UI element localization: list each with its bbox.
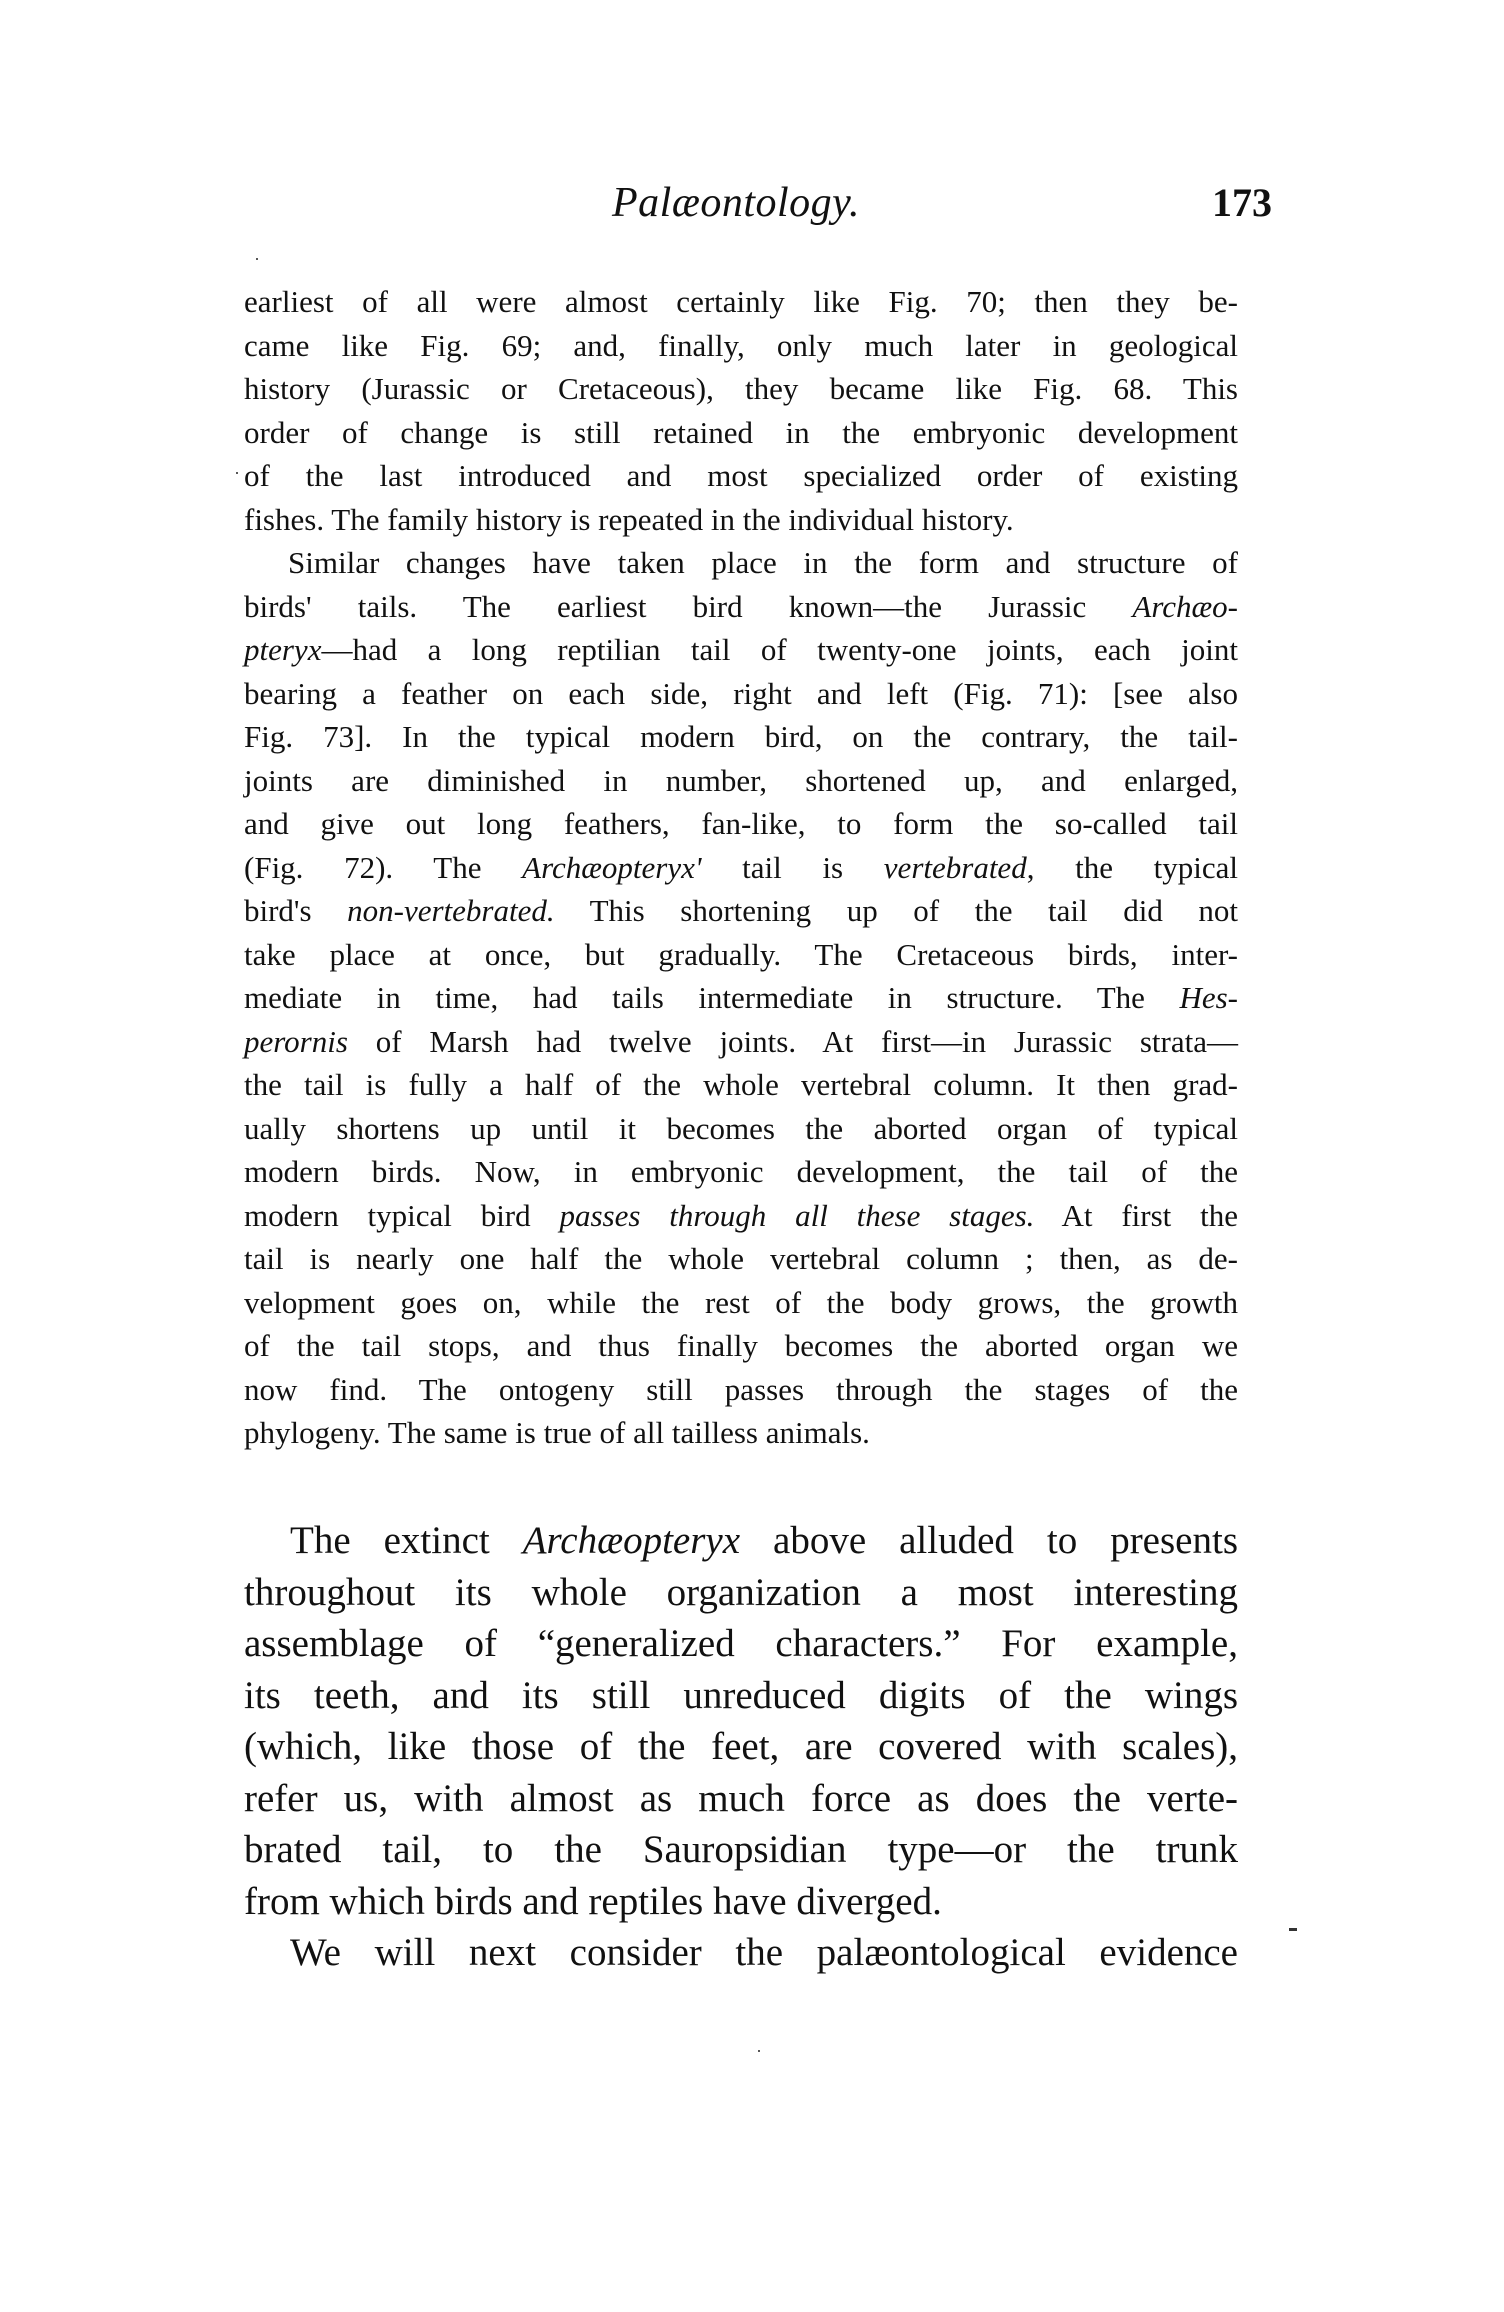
page-number: 173 — [1212, 178, 1272, 228]
text-run: brated tail, to the Sauropsidian type—or… — [244, 1828, 1238, 1871]
text-run: modern birds. Now, in embryonic developm… — [244, 1154, 1238, 1189]
italic-run: Archæo- — [1132, 589, 1238, 624]
text-line: bird's non-vertebrated. This shortening … — [244, 893, 1238, 929]
text-run: We will next consider the palæontologica… — [290, 1931, 1238, 1974]
text-run: , the typical — [1027, 850, 1238, 885]
text-line: joints are diminished in number, shorten… — [244, 763, 1238, 799]
running-head-title: Palæontology. — [612, 178, 860, 228]
text-line: Similar changes have taken place in the … — [244, 545, 1238, 581]
speck — [758, 2050, 760, 2052]
text-run: phylogeny. The same is true of all taill… — [244, 1415, 870, 1450]
text-line: modern typical bird passes through all t… — [244, 1198, 1238, 1234]
text-line: ually shortens up until it becomes the a… — [244, 1111, 1238, 1147]
text-line: (which, like those of the feet, are cove… — [244, 1724, 1238, 1770]
text-run: ually shortens up until it becomes the a… — [244, 1111, 1238, 1146]
text-run: Fig. 73]. In the typical modern bird, on… — [244, 719, 1238, 754]
italic-run: Hes- — [1179, 980, 1238, 1015]
text-line: now find. The ontogeny still passes thro… — [244, 1372, 1238, 1408]
text-run: of the tail stops, and thus finally beco… — [244, 1328, 1238, 1363]
text-line: its teeth, and its still unreduced digit… — [244, 1673, 1238, 1719]
text-line: came like Fig. 69; and, finally, only mu… — [244, 328, 1238, 364]
text-run: from which birds and reptiles have diver… — [244, 1880, 942, 1923]
text-line: Fig. 73]. In the typical modern bird, on… — [244, 719, 1238, 755]
text-line: order of change is still retained in the… — [244, 415, 1238, 451]
text-line: bearing a feather on each side, right an… — [244, 676, 1238, 712]
text-run: At first the — [1034, 1198, 1238, 1233]
text-run: bearing a feather on each side, right an… — [244, 676, 1238, 711]
text-run: joints are diminished in number, shorten… — [244, 763, 1238, 798]
text-run: history (Jurassic or Cretaceous), they b… — [244, 371, 1238, 406]
speck — [236, 472, 238, 474]
text-line: history (Jurassic or Cretaceous), they b… — [244, 371, 1238, 407]
italic-run: non-vertebrated. — [347, 893, 554, 928]
text-line: of the tail stops, and thus finally beco… — [244, 1328, 1238, 1364]
text-run: —had a long reptilian tail of twenty-one… — [321, 632, 1238, 667]
text-run: throughout its whole organization a most… — [244, 1571, 1238, 1614]
text-line: mediate in time, had tails intermediate … — [244, 980, 1238, 1016]
text-run: Similar changes have taken place in the … — [288, 545, 1238, 580]
text-line: phylogeny. The same is true of all taill… — [244, 1415, 1238, 1451]
text-line: brated tail, to the Sauropsidian type—or… — [244, 1827, 1238, 1873]
text-run: of Marsh had twelve joints. At first—in … — [348, 1024, 1238, 1059]
text-line: pteryx—had a long reptilian tail of twen… — [244, 632, 1238, 668]
book-page: Palæontology. 173 earliest of all were a… — [0, 0, 1504, 2312]
text-line: throughout its whole organization a most… — [244, 1570, 1238, 1616]
text-line: refer us, with almost as much force as d… — [244, 1776, 1238, 1822]
text-run: (Fig. 72). The — [244, 850, 522, 885]
text-run: and give out long feathers, fan-like, to… — [244, 806, 1238, 841]
text-run: modern typical bird — [244, 1198, 559, 1233]
text-run: order of change is still retained in the… — [244, 415, 1238, 450]
italic-run: pteryx — [244, 632, 321, 667]
text-line: perornis of Marsh had twelve joints. At … — [244, 1024, 1238, 1060]
italic-run: perornis — [244, 1024, 348, 1059]
text-line: take place at once, but gradually. The C… — [244, 937, 1238, 973]
text-run: The extinct — [290, 1519, 523, 1562]
speck — [256, 258, 258, 260]
text-run: assemblage of “generalized characters.” … — [244, 1622, 1238, 1665]
text-run: This shortening up of the tail did not — [555, 893, 1238, 928]
text-line: We will next consider the palæontologica… — [244, 1930, 1238, 1976]
text-run: now find. The ontogeny still passes thro… — [244, 1372, 1238, 1407]
text-line: earliest of all were almost certainly li… — [244, 284, 1238, 320]
text-run: tail is — [702, 850, 884, 885]
text-line: tail is nearly one half the whole verteb… — [244, 1241, 1238, 1277]
text-line: velopment goes on, while the rest of the… — [244, 1285, 1238, 1321]
text-run: came like Fig. 69; and, finally, only mu… — [244, 328, 1238, 363]
text-run: bird's — [244, 893, 347, 928]
text-run: velopment goes on, while the rest of the… — [244, 1285, 1238, 1320]
text-run: refer us, with almost as much force as d… — [244, 1777, 1238, 1820]
italic-run: passes through all these stages. — [559, 1198, 1034, 1233]
text-line: birds' tails. The earliest bird known—th… — [244, 589, 1238, 625]
text-run: earliest of all were almost certainly li… — [244, 284, 1238, 319]
text-run: fishes. The family history is repeated i… — [244, 502, 1014, 537]
margin-mark — [1289, 1928, 1297, 1931]
text-run: tail is nearly one half the whole verteb… — [244, 1241, 1238, 1276]
text-run: (which, like those of the feet, are cove… — [244, 1725, 1238, 1768]
text-line: (Fig. 72). The Archæopteryx' tail is ver… — [244, 850, 1238, 886]
text-line: fishes. The family history is repeated i… — [244, 502, 1238, 538]
text-line: and give out long feathers, fan-like, to… — [244, 806, 1238, 842]
italic-run: vertebrated — [884, 850, 1027, 885]
text-run: above alluded to presents — [740, 1519, 1238, 1562]
text-run: the tail is fully a half of the whole ve… — [244, 1067, 1238, 1102]
italic-run: Archæopteryx' — [522, 850, 701, 885]
text-line: modern birds. Now, in embryonic developm… — [244, 1154, 1238, 1190]
text-line: from which birds and reptiles have diver… — [244, 1879, 1238, 1925]
text-run: mediate in time, had tails intermediate … — [244, 980, 1179, 1015]
text-run: take place at once, but gradually. The C… — [244, 937, 1238, 972]
italic-run: Archæopteryx — [523, 1519, 740, 1562]
text-line: of the last introduced and most speciali… — [244, 458, 1238, 494]
text-line: The extinct Archæopteryx above alluded t… — [244, 1518, 1238, 1564]
text-line: assemblage of “generalized characters.” … — [244, 1621, 1238, 1667]
text-line: the tail is fully a half of the whole ve… — [244, 1067, 1238, 1103]
text-run: its teeth, and its still unreduced digit… — [244, 1674, 1238, 1717]
text-run: of the last introduced and most speciali… — [244, 458, 1238, 493]
text-run: birds' tails. The earliest bird known—th… — [244, 589, 1132, 624]
